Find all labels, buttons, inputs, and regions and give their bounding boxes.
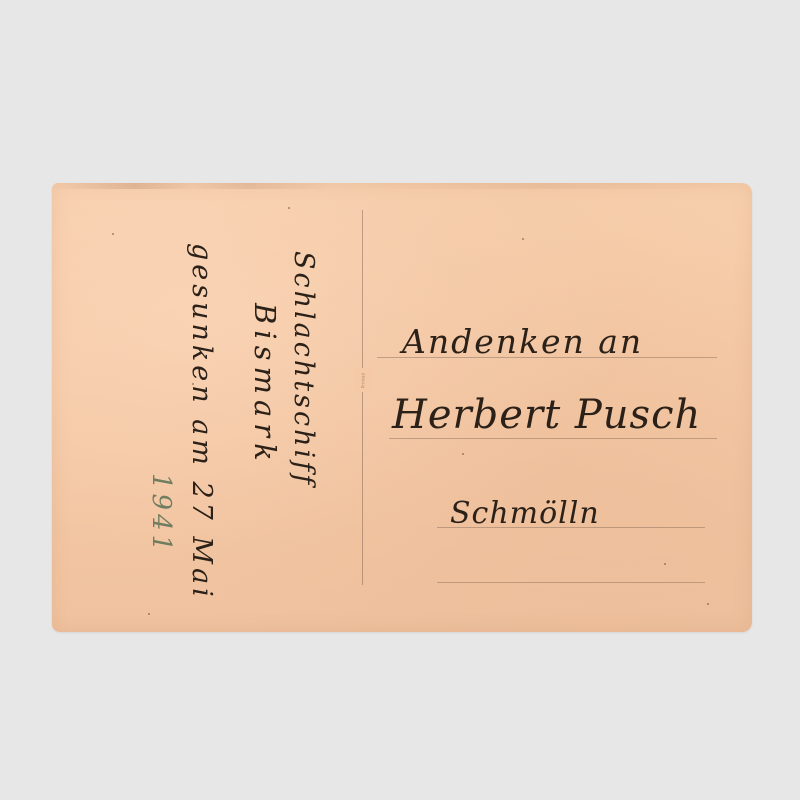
foxing-speck xyxy=(288,207,290,209)
address-line-4 xyxy=(437,582,705,583)
message-line-ship: Schlachtschiff xyxy=(290,251,317,487)
foxing-speck xyxy=(522,238,524,240)
foxing-speck xyxy=(707,603,709,605)
message-line-name: Bismark xyxy=(250,303,279,467)
foxing-speck xyxy=(664,563,666,565)
photo-backdrop: Schlachtschiff Bismark gesunken am 27 Ma… xyxy=(0,0,800,800)
edge-wear xyxy=(52,183,752,189)
foxing-speck xyxy=(112,233,114,235)
foxing-speck xyxy=(462,453,464,455)
address-town: Schmölln xyxy=(450,499,600,529)
message-line-sunk-date: gesunken am 27 Mai xyxy=(188,243,215,601)
address-line-2 xyxy=(389,438,717,439)
foxing-speck xyxy=(148,613,150,615)
address-line-greeting: Andenken an xyxy=(402,325,643,358)
center-divider xyxy=(362,210,363,585)
message-line-year: 1941 xyxy=(148,473,174,555)
divider-printed-text: Printed xyxy=(354,368,372,392)
address-recipient-name: Herbert Pusch xyxy=(392,395,701,435)
postcard-back: Schlachtschiff Bismark gesunken am 27 Ma… xyxy=(52,183,752,632)
divider-print-label: Printed xyxy=(360,372,365,388)
